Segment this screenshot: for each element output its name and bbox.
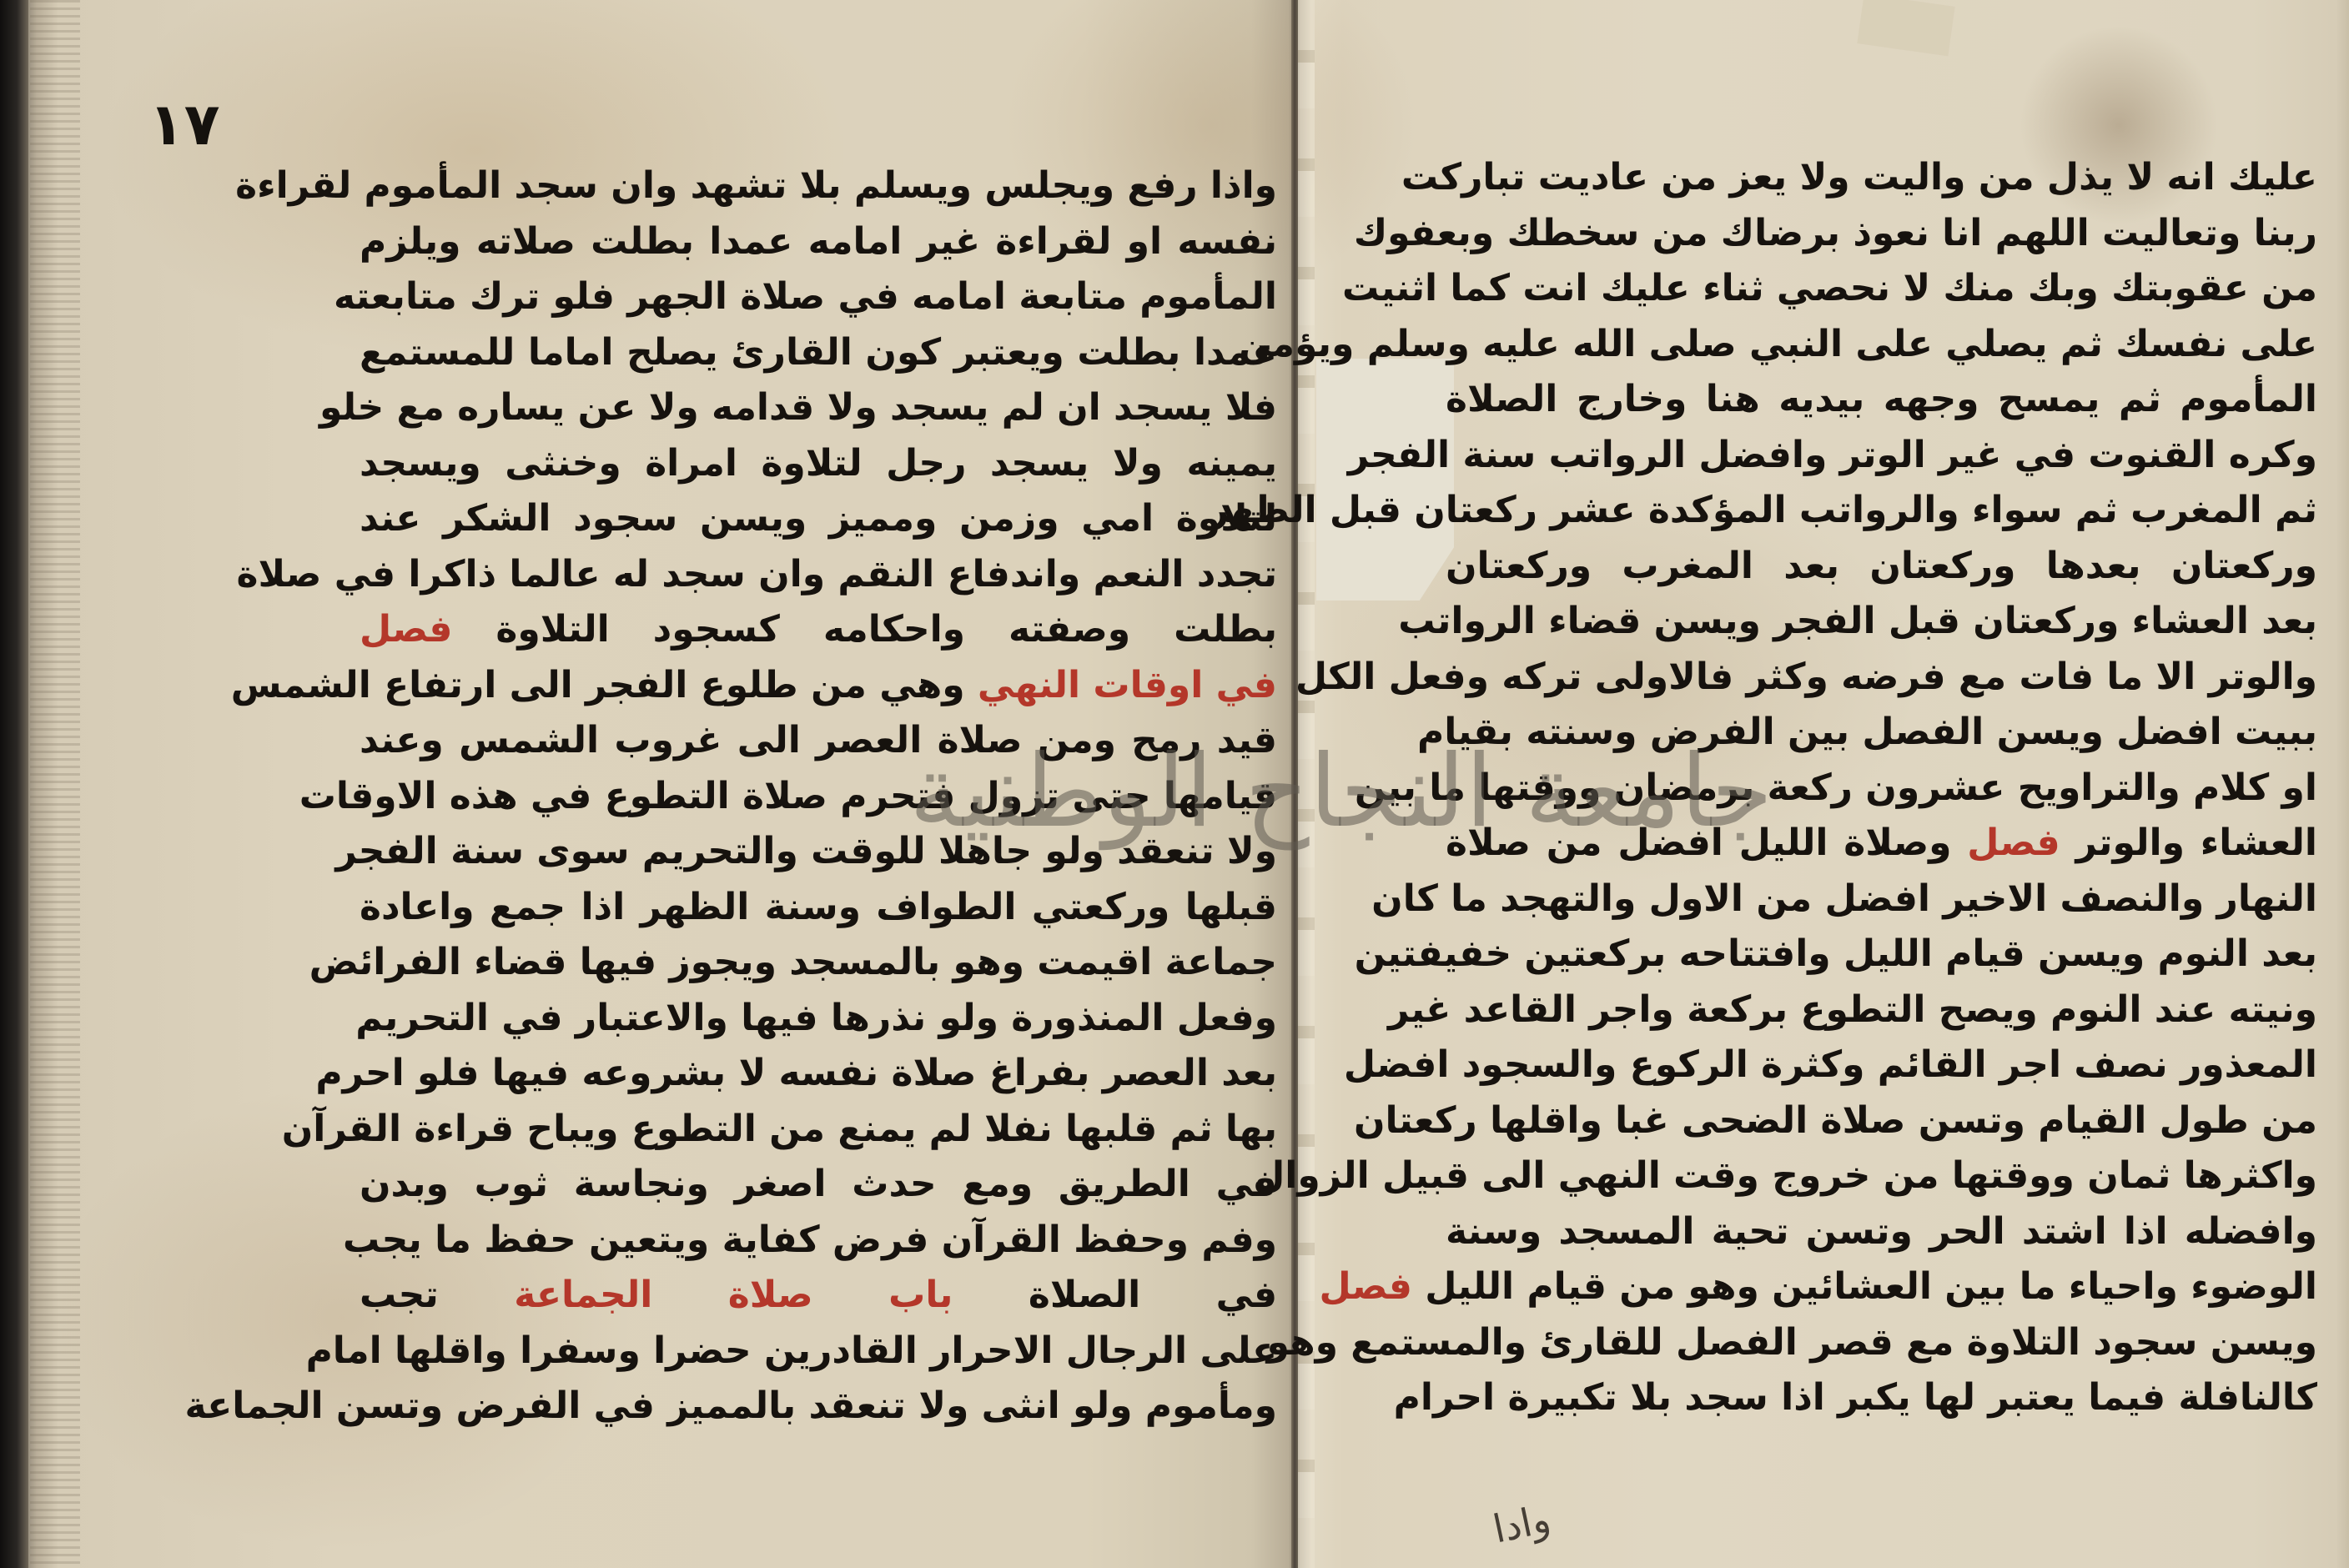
- manuscript-line: يمينه ولا يسجد رجل لتلاوة امراة وخنثى وي…: [360, 436, 1277, 492]
- manuscript-line: قبلها وركعتي الطواف وسنة الظهر اذا جمع و…: [360, 880, 1277, 936]
- folio-number: ١٧: [148, 90, 219, 158]
- line-text: عليك انه لا يذل من واليت ولا يعز من عادي…: [1401, 156, 2317, 199]
- line-text: في الطريق ومع حدث اصغر ونجاسة ثوب وبدن: [360, 1163, 1277, 1205]
- line-text: وافضله اذا اشتد الحر وتسن تحية المسجد وس…: [1446, 1210, 2317, 1253]
- line-text: تجدد النعم واندفاع النقم وان سجد له عالم…: [237, 553, 1277, 596]
- line-text: المعذور نصف اجر القائم وكثرة الركوع والس…: [1344, 1043, 2317, 1086]
- rubric-text: فصل: [360, 608, 452, 651]
- manuscript-line: نفسه او لقراءة غير امامه عمدا بطلت صلاته…: [360, 214, 1277, 270]
- manuscript-line: بعد العشاء وركعتان قبل الفجر ويسن قضاء ا…: [1446, 594, 2317, 650]
- manuscript-line: في اوقات النهي وهي من طلوع الفجر الى ارت…: [360, 658, 1277, 714]
- line-text: بعد العصر بفراغ صلاة نفسه لا بشروعه فيها…: [315, 1052, 1277, 1094]
- manuscript-line: ومأموم ولو انثى ولا تنعقد بالمميز في الف…: [360, 1379, 1277, 1435]
- manuscript-line: واذا رفع ويجلس ويسلم بلا تشهد وان سجد ال…: [360, 158, 1277, 214]
- manuscript-line: في الطريق ومع حدث اصغر ونجاسة ثوب وبدن: [360, 1157, 1277, 1213]
- manuscript-line: من عقوبتك وبك منك لا نحصي ثناء عليك انت …: [1446, 261, 2317, 317]
- line-text: قيامها حتى تزول فتحرم صلاة التطوع في هذه…: [299, 775, 1277, 817]
- manuscript-line: تجدد النعم واندفاع النقم وان سجد له عالم…: [360, 547, 1277, 603]
- manuscript-line: من طول القيام وتسن صلاة الضحى غبا واقلها…: [1446, 1093, 2317, 1149]
- manuscript-line: كالنافلة فيما يعتبر لها يكبر اذا سجد بلا…: [1446, 1370, 2317, 1426]
- line-text: ربنا وتعاليت اللهم انا نعوذ برضاك من سخط…: [1354, 212, 2317, 254]
- line-text: بطلت وصفته واحكامه كسجود التلاوة: [452, 608, 1277, 651]
- book-cover-edge: [0, 0, 28, 1568]
- line-text: وفعل المنذورة ولو نذرها فيها والاعتبار ف…: [355, 997, 1277, 1039]
- manuscript-line: بطلت وصفته واحكامه كسجود التلاوة فصل: [360, 602, 1277, 658]
- manuscript-line: بعد العصر بفراغ صلاة نفسه لا بشروعه فيها…: [360, 1046, 1277, 1102]
- manuscript-line: وفم وحفظ القرآن فرض كفاية ويتعين حفظ ما …: [360, 1213, 1277, 1269]
- line-text: النهار والنصف الاخير افضل من الاول والته…: [1371, 877, 2317, 920]
- manuscript-line: ربنا وتعاليت اللهم انا نعوذ برضاك من سخط…: [1446, 206, 2317, 262]
- manuscript-line: على الرجال الاحرار القادرين حضرا وسفرا و…: [360, 1324, 1277, 1380]
- line-text: بعد النوم ويسن قيام الليل وافتتاحه بركعت…: [1355, 932, 2317, 975]
- line-text: والوتر الا ما فات مع فرضه وكثر فالاولى ت…: [1295, 656, 2317, 698]
- line-text: على نفسك ثم يصلي على النبي صلى الله عليه…: [1239, 323, 2317, 365]
- rubric-text: فصل: [1952, 822, 2060, 864]
- line-text: نفسه او لقراءة غير امامه عمدا بطلت صلاته…: [360, 220, 1277, 263]
- manuscript-line: فلا يسجد ان لم يسجد ولا قدامه ولا عن يسا…: [360, 380, 1277, 436]
- line-text: وركعتان بعدها وركعتان بعد المغرب وركعتان: [1446, 545, 2317, 587]
- line-text: فلا يسجد ان لم يسجد ولا قدامه ولا عن يسا…: [319, 386, 1277, 429]
- line-text: في الصلاة: [953, 1274, 1277, 1316]
- line-text: كالنافلة فيما يعتبر لها يكبر اذا سجد بلا…: [1394, 1376, 2317, 1419]
- manuscript-line: وكره القنوت في غير الوتر وافضل الرواتب س…: [1446, 428, 2317, 484]
- rubric-text: فصل: [1320, 1265, 1412, 1308]
- page-stack-edge: [30, 0, 80, 1568]
- line-text: على الرجال الاحرار القادرين حضرا وسفرا و…: [306, 1329, 1277, 1372]
- manuscript-line: ببيت افضل ويسن الفصل بين الفرض وسنته بقي…: [1446, 705, 2317, 761]
- manuscript-line: المأموم ثم يمسح وجهه بيديه هنا وخارج الص…: [1446, 372, 2317, 428]
- paper-repair-top: [1857, 0, 1954, 56]
- manuscript-line: وافضله اذا اشتد الحر وتسن تحية المسجد وس…: [1446, 1204, 2317, 1260]
- rubric-text: في اوقات النهي: [965, 664, 1277, 706]
- manuscript-line: في الصلاة باب صلاة الجماعة تجب: [360, 1268, 1277, 1324]
- manuscript-line: لتلاوة امي وزمن ومميز ويسن سجود الشكر عن…: [360, 491, 1277, 547]
- manuscript-line: المأموم متابعة امامه في صلاة الجهر فلو ت…: [360, 269, 1277, 325]
- line-text: جماعة اقيمت وهو بالمسجد ويجوز فيها قضاء …: [309, 941, 1277, 983]
- line-text: العشاء والوتر: [2060, 822, 2317, 864]
- line-text: المأموم ثم يمسح وجهه بيديه هنا وخارج الص…: [1446, 378, 2317, 420]
- manuscript-line: قيد رمح ومن صلاة العصر الى غروب الشمس وع…: [360, 713, 1277, 769]
- manuscript-line: على نفسك ثم يصلي على النبي صلى الله عليه…: [1446, 317, 2317, 373]
- manuscript-line: عليك انه لا يذل من واليت ولا يعز من عادي…: [1446, 150, 2317, 206]
- line-text: ونيته عند النوم ويصح التطوع بركعة واجر ا…: [1388, 988, 2317, 1031]
- manuscript-line: العشاء والوتر فصل وصلاة الليل افضل من صل…: [1446, 816, 2317, 872]
- line-text: المأموم متابعة امامه في صلاة الجهر فلو ت…: [334, 275, 1277, 318]
- manuscript-line: الوضوء واحياء ما بين العشائين وهو من قيا…: [1446, 1259, 2317, 1315]
- line-text: بعد العشاء وركعتان قبل الفجر ويسن قضاء ا…: [1398, 600, 2317, 642]
- manuscript-line: بها ثم قلبها نفلا لم يمنع من التطوع ويبا…: [360, 1102, 1277, 1158]
- line-text: عمدا بطلت ويعتبر كون القارئ يصلح اماما ل…: [360, 331, 1277, 374]
- manuscript-line: المعذور نصف اجر القائم وكثرة الركوع والس…: [1446, 1038, 2317, 1093]
- line-text: ببيت افضل ويسن الفصل بين الفرض وسنته بقي…: [1417, 711, 2317, 753]
- manuscript-line: قيامها حتى تزول فتحرم صلاة التطوع في هذه…: [360, 769, 1277, 825]
- manuscript-line: عمدا بطلت ويعتبر كون القارئ يصلح اماما ل…: [360, 325, 1277, 381]
- left-page-text: واذا رفع ويجلس ويسلم بلا تشهد وان سجد ال…: [360, 158, 1277, 1435]
- line-text: وكره القنوت في غير الوتر وافضل الرواتب س…: [1348, 434, 2317, 476]
- manuscript-line: واكثرها ثمان ووقتها من خروج وقت النهي ال…: [1446, 1148, 2317, 1204]
- line-text: وفم وحفظ القرآن فرض كفاية ويتعين حفظ ما …: [343, 1219, 1277, 1261]
- manuscript-line: جماعة اقيمت وهو بالمسجد ويجوز فيها قضاء …: [360, 935, 1277, 991]
- manuscript-line: والوتر الا ما فات مع فرضه وكثر فالاولى ت…: [1446, 650, 2317, 706]
- line-text: من عقوبتك وبك منك لا نحصي ثناء عليك انت …: [1342, 267, 2317, 309]
- line-text: لتلاوة امي وزمن ومميز ويسن سجود الشكر عن…: [360, 497, 1277, 540]
- manuscript-line: ولا تنعقد ولو جاهلا للوقت والتحريم سوى س…: [360, 824, 1277, 880]
- manuscript-scan: ١٧ واذا رفع ويجلس ويسلم بلا تشهد وان سجد…: [0, 0, 2349, 1568]
- line-text: تجب: [360, 1274, 439, 1316]
- line-text: واكثرها ثمان ووقتها من خروج وقت النهي ال…: [1253, 1154, 2317, 1197]
- line-text: ومأموم ولو انثى ولا تنعقد بالمميز في الف…: [185, 1385, 1277, 1427]
- line-text: يمينه ولا يسجد رجل لتلاوة امراة وخنثى وي…: [360, 442, 1277, 485]
- manuscript-line: او كلام والتراويح عشرون ركعة برمضان ووقت…: [1446, 761, 2317, 817]
- line-text: ولا تنعقد ولو جاهلا للوقت والتحريم سوى س…: [335, 830, 1277, 872]
- right-page-text: عليك انه لا يذل من واليت ولا يعز من عادي…: [1446, 150, 2317, 1426]
- manuscript-line: وركعتان بعدها وركعتان بعد المغرب وركعتان: [1446, 539, 2317, 595]
- line-text: الوضوء واحياء ما بين العشائين وهو من قيا…: [1412, 1265, 2317, 1308]
- line-text: قبلها وركعتي الطواف وسنة الظهر اذا جمع و…: [360, 886, 1277, 928]
- rubric-text: باب صلاة الجماعة: [439, 1274, 953, 1316]
- manuscript-line: بعد النوم ويسن قيام الليل وافتتاحه بركعت…: [1446, 927, 2317, 983]
- line-text: ويسن سجود التلاوة مع قصر الفصل للقارئ وا…: [1267, 1321, 2317, 1364]
- line-text: او كلام والتراويح عشرون ركعة برمضان ووقت…: [1355, 766, 2317, 809]
- line-text: بها ثم قلبها نفلا لم يمنع من التطوع ويبا…: [282, 1108, 1277, 1150]
- line-text: ثم المغرب ثم سواء والرواتب المؤكدة عشر ر…: [1208, 489, 2317, 531]
- line-text: وصلاة الليل افضل من صلاة: [1446, 822, 1952, 864]
- line-text: قيد رمح ومن صلاة العصر الى غروب الشمس وع…: [360, 719, 1277, 761]
- catchword: وادا: [1489, 1495, 1554, 1551]
- line-text: من طول القيام وتسن صلاة الضحى غبا واقلها…: [1354, 1099, 2317, 1142]
- manuscript-line: وفعل المنذورة ولو نذرها فيها والاعتبار ف…: [360, 991, 1277, 1047]
- line-text: واذا رفع ويجلس ويسلم بلا تشهد وان سجد ال…: [235, 164, 1277, 207]
- line-text: وهي من طلوع الفجر الى ارتفاع الشمس: [231, 664, 965, 706]
- manuscript-line: النهار والنصف الاخير افضل من الاول والته…: [1446, 872, 2317, 927]
- manuscript-line: ثم المغرب ثم سواء والرواتب المؤكدة عشر ر…: [1446, 483, 2317, 539]
- manuscript-line: ويسن سجود التلاوة مع قصر الفصل للقارئ وا…: [1446, 1315, 2317, 1371]
- manuscript-line: ونيته عند النوم ويصح التطوع بركعة واجر ا…: [1446, 983, 2317, 1038]
